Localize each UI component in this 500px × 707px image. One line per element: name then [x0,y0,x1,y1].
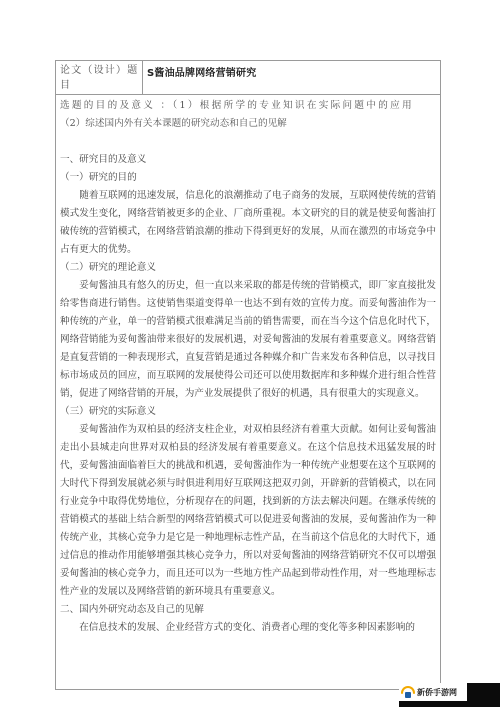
site-watermark: 新侨手游网 [399,683,500,707]
section-1-heading: 一、研究目的及意义 [60,151,436,169]
subsection-1-paragraph: 随着互联网的迅速发展，信息化的浪潮推动了电子商务的发展，互联网使传统的营销模式发… [60,187,436,259]
section-2-heading: 二、国内外研究动态及自己的见解 [60,601,436,619]
blank-line [60,133,436,151]
title-row: 论文（设计）题目 S酱油品牌网络营销研究 [56,61,440,95]
purpose-significance-cell: 选题的目的及意义 ：（1）根据所学的专业知识在实际问题中的应用 （2）综述国内外… [56,95,440,689]
watermark-text: 新侨手游网 [417,687,457,698]
section-2-paragraph: 在信息技术的发展、企业经营方式的变化、消费者心理的变化等多种因素影响的 [60,619,436,637]
subsection-3-heading: （三）研究的实际意义 [60,403,436,421]
subsection-1-heading: （一）研究的目的 [60,169,436,187]
proposal-form-table: 论文（设计）题目 S酱油品牌网络营销研究 选题的目的及意义 ：（1）根据所学的专… [55,60,441,690]
thesis-title-value: S酱油品牌网络营销研究 [143,61,440,94]
house-arc-logo-icon [401,686,415,698]
thesis-title-label: 论文（设计）题目 [56,61,143,94]
watermark-badge: 新侨手游网 [399,683,467,701]
prompt-line-2: （2）综述国内外有关本课题的研究动态和自己的见解 [60,115,436,133]
subsection-2-paragraph: 妥甸酱油具有悠久的历史，但一直以来采取的都是传统的营销模式，即厂家直接批发给零售… [60,277,436,403]
subsection-3-paragraph: 妥甸酱油作为双柏县的经济支柱企业，对双柏县经济有着重大贡献。如何让妥甸酱油走出小… [60,421,436,601]
subsection-2-heading: （二）研究的理论意义 [60,259,436,277]
prompt-line-1: 选题的目的及意义 ：（1）根据所学的专业知识在实际问题中的应用 [60,97,436,115]
